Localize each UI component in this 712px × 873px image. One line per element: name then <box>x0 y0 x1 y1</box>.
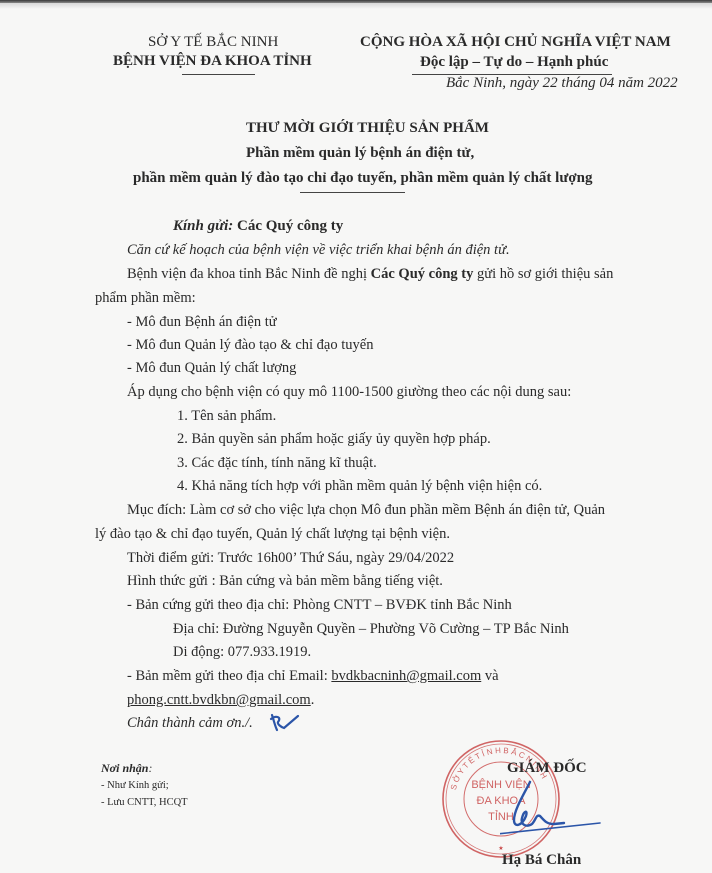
purpose-line-2: lý đào tạo & chỉ đạo tuyến, Quản lý chất… <box>95 526 450 543</box>
request-text: Bệnh viện đa khoa tỉnh Bắc Ninh đề nghị <box>127 266 371 282</box>
signer-name: Hạ Bá Chân <box>502 852 581 869</box>
recipient-item: - Như Kính gửi; <box>101 780 169 791</box>
hardcopy-destination: - Bản cứng gửi theo địa chỉ: Phòng CNTT … <box>127 597 512 614</box>
softcopy-text: - Bản mềm gửi theo địa chỉ Email: <box>127 668 331 684</box>
softcopy-destination: - Bản mềm gửi theo địa chỉ Email: bvdkba… <box>127 668 499 685</box>
salutation-label: Kính gửi: <box>173 218 233 234</box>
closing-line: Chân thành cảm ơn./. <box>127 715 253 732</box>
purpose-line-1: Mục đích: Làm cơ sở cho việc lựa chọn Mô… <box>127 502 605 519</box>
document-title: THƯ MỜI GIỚI THIỆU SẢN PHẨM <box>246 120 489 137</box>
requirement-item: 1. Tên sản phẩm. <box>177 408 276 425</box>
recipients-label: Nơi nhận <box>101 761 148 775</box>
email-link-1[interactable]: bvdkbacninh@gmail.com <box>331 668 481 684</box>
requirement-item: 4. Khả năng tích hợp với phần mềm quản l… <box>177 478 542 495</box>
recipient-item: - Lưu CNTT, HCQT <box>101 797 188 808</box>
header-left-underline <box>182 74 255 75</box>
request-continuation: phẩm phần mềm: <box>95 290 196 307</box>
subtitle-line-1: Phần mềm quản lý bệnh án điện tử, <box>246 145 474 162</box>
requirement-item: 2. Bản quyền sản phẩm hoặc giấy ủy quyền… <box>177 431 491 448</box>
phone: Di động: 077.933.1919. <box>173 644 311 661</box>
scope-paragraph: Áp dụng cho bệnh viện có quy mô 1100-150… <box>127 384 571 401</box>
deadline: Thời điểm gửi: Trước 16h00’ Thứ Sáu, ngà… <box>127 550 454 567</box>
request-bold: Các Quý công ty <box>371 266 474 282</box>
svg-text:★: ★ <box>498 845 503 852</box>
salutation-recipient: Các Quý công ty <box>237 218 343 234</box>
request-text-end: gửi hồ sơ giới thiệu sản <box>473 266 613 282</box>
recipients-heading: Nơi nhận: <box>101 761 152 776</box>
softcopy-continuation: phong.cntt.bvdkbn@gmail.com. <box>127 692 314 709</box>
module-item: - Mô đun Quản lý chất lượng <box>127 360 296 377</box>
module-item: - Mô đun Bệnh án điện tử <box>127 314 277 331</box>
subtitle-underline <box>300 192 405 193</box>
salutation: Kính gửi: Các Quý công ty <box>173 218 343 235</box>
nation-name: CỘNG HÒA XÃ HỘI CHỦ NGHĨA VIỆT NAM <box>360 34 671 51</box>
subtitle-line-2: phần mềm quản lý đào tạo chỉ đạo tuyến, … <box>133 170 593 187</box>
national-motto: Độc lập – Tự do – Hạnh phúc <box>420 54 608 71</box>
place-date: Bắc Ninh, ngày 22 tháng 04 năm 2022 <box>446 75 678 92</box>
signature-icon <box>500 780 630 840</box>
initials-mark-icon <box>268 711 304 733</box>
agency-name: SỞ Y TẾ BẮC NINH <box>148 34 278 51</box>
recipients-colon: : <box>148 761 152 775</box>
top-shadow <box>0 3 712 9</box>
basis-paragraph: Căn cứ kế hoạch của bệnh viện về việc tr… <box>127 242 510 259</box>
requirement-item: 3. Các đặc tính, tính năng kĩ thuật. <box>177 455 377 472</box>
address: Địa chỉ: Đường Nguyễn Quyền – Phường Võ … <box>173 621 569 638</box>
softcopy-and: và <box>481 668 498 684</box>
email-link-2[interactable]: phong.cntt.bvdkbn@gmail.com <box>127 692 311 708</box>
organization-name: BỆNH VIỆN ĐA KHOA TỈNH <box>113 53 312 70</box>
submission-format: Hình thức gửi : Bản cứng và bản mềm bằng… <box>127 573 443 590</box>
signer-position: GIÁM ĐỐC <box>507 760 587 777</box>
period: . <box>311 692 315 708</box>
module-item: - Mô đun Quản lý đào tạo & chỉ đạo tuyến <box>127 337 373 354</box>
request-paragraph: Bệnh viện đa khoa tỉnh Bắc Ninh đề nghị … <box>127 266 613 283</box>
